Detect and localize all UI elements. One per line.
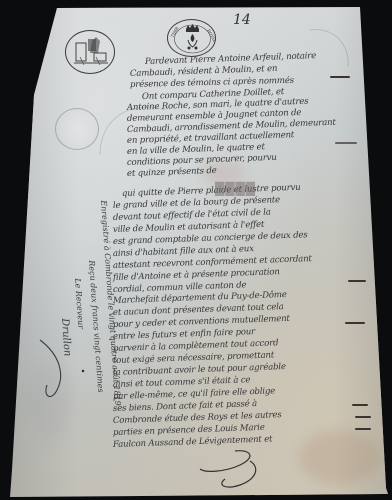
line-end-dash [355,416,371,418]
crown-fleur-de-lis-icon: TIMB ROYAL [168,20,217,58]
margin-flourish-icon [35,330,75,410]
svg-text:TIMB: TIMB [170,26,180,38]
faded-stamp-mark: ████ [215,182,256,196]
seal-embossed-dry [55,108,99,150]
line-end-dash [348,280,366,282]
line-end-dash [330,76,350,78]
line-end-dash [355,428,371,430]
line-end-dash [352,404,368,406]
svg-text:ROYAL: ROYAL [206,28,218,43]
folio-number: 14 [233,12,251,28]
paper-stain [300,430,380,485]
closing-paraph-icon [195,445,275,495]
line-end-dash [345,322,365,324]
line-end-dash [335,142,357,144]
seal-allegorical-stamp [65,30,115,74]
seal-royal-stamp: TIMB ROYAL [167,19,216,57]
photo-scene: 14 TIMB ROYAL Pardevan [0,0,392,500]
seated-figure-icon [66,31,116,75]
